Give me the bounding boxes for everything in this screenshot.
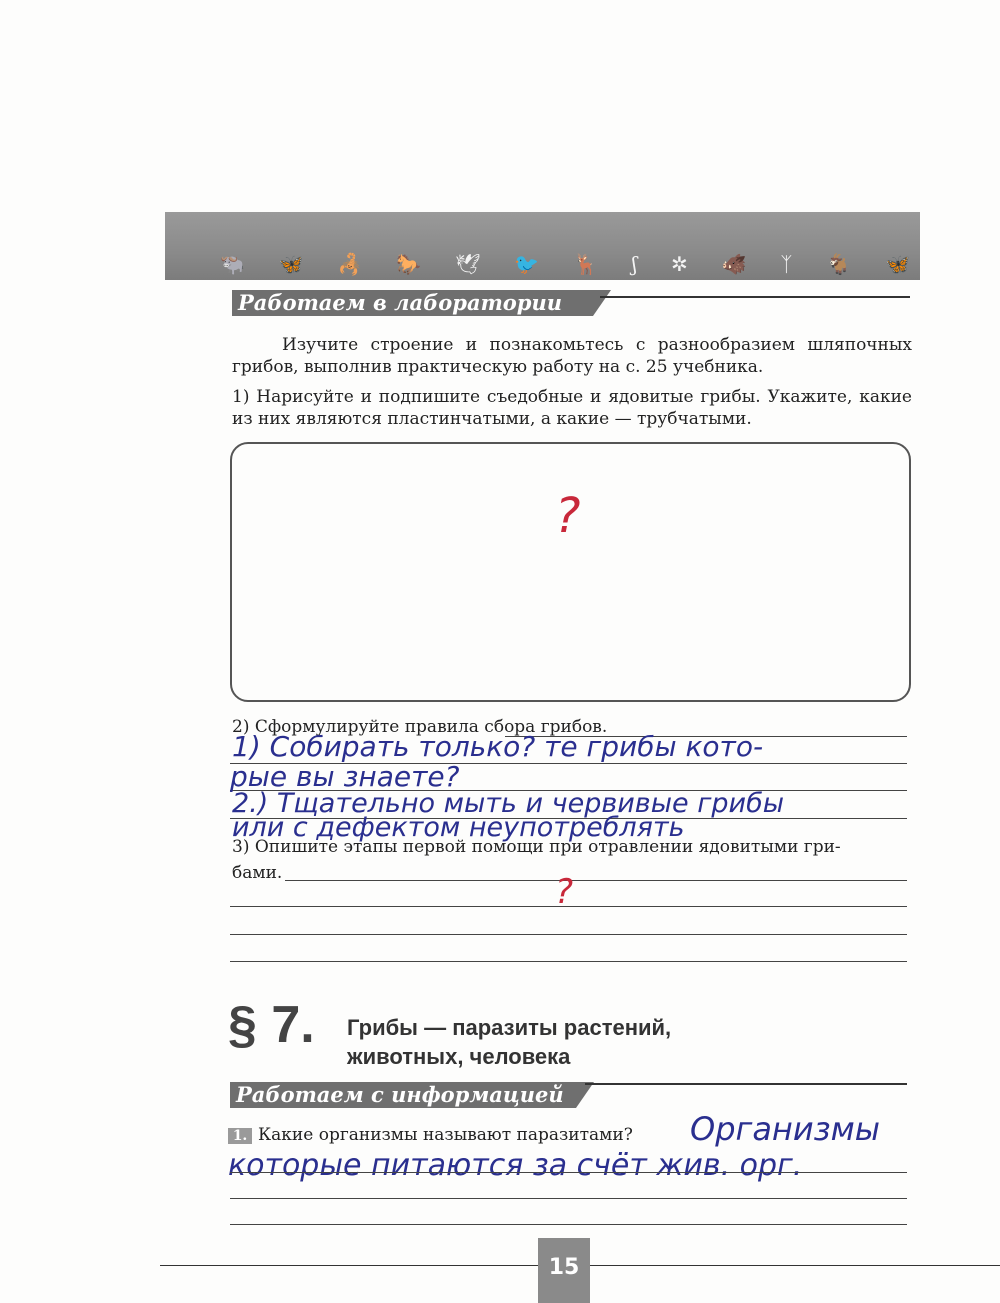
handwritten-answer: 1) Собирать только? те грибы кото-: [232, 730, 763, 763]
footer-rule: [590, 1265, 1000, 1266]
butterfly-icon: 🦋: [279, 252, 304, 276]
teacher-mark: ?: [555, 872, 573, 912]
teacher-mark: ?: [555, 488, 580, 544]
scorpion-icon: 🦂: [338, 252, 363, 276]
answer-line: [230, 1224, 907, 1225]
bird-icon: 🐦: [514, 252, 539, 276]
insect-icon: ✲: [671, 252, 688, 276]
answer-line: [230, 1198, 907, 1199]
bison-icon: 🐃: [220, 252, 245, 276]
butterfly-icon: 🦋: [885, 252, 910, 276]
info-section-title: Работаем с информацией: [230, 1082, 576, 1108]
swallow-icon: 🕊: [455, 252, 480, 276]
answer-line: [230, 961, 907, 962]
question-number: 1.: [228, 1128, 252, 1144]
page-number: 15: [538, 1238, 590, 1303]
lab-section-title: Работаем в лаборатории: [232, 290, 593, 316]
paragraph-title: Грибы — паразиты растений, животных, чел…: [347, 1013, 671, 1071]
antelope-icon: 🐐: [826, 252, 851, 276]
divider: [600, 296, 910, 298]
lab-intro: Изучите строение и познакомьтесь с разно…: [232, 334, 912, 378]
paragraph-title-line: Грибы — паразиты растений,: [347, 1013, 671, 1042]
question-text: Какие организмы называют паразитами?: [258, 1124, 633, 1146]
heron-icon: ᛉ: [780, 252, 792, 276]
seahorse-icon: ʃ: [632, 252, 637, 276]
task1-text: 1) Нарисуйте и подпишите съедобные и ядо…: [232, 386, 912, 430]
answer-line: [285, 880, 907, 881]
task3-text: 3) Опишите этапы первой помощи при отрав…: [232, 836, 841, 858]
divider: [585, 1083, 907, 1085]
answer-line: [230, 934, 907, 935]
answer-line: [230, 1172, 907, 1173]
handwritten-answer: которые питаются за счёт жив. орг.: [228, 1148, 802, 1183]
paragraph-title-line: животных, человека: [347, 1042, 671, 1071]
handwritten-answer: Организмы: [690, 1110, 880, 1148]
boar-icon: 🐗: [722, 252, 747, 276]
horse-icon: 🐎: [396, 252, 421, 276]
task3-text: бами.: [232, 862, 282, 884]
animal-silhouettes: 🐃 🦋 🦂 🐎 🕊 🐦 🦌 ʃ ✲ 🐗 ᛉ 🐐 🦋: [220, 252, 910, 276]
paragraph-number: § 7.: [228, 995, 315, 1055]
header-banner: 🐃 🦋 🦂 🐎 🕊 🐦 🦌 ʃ ✲ 🐗 ᛉ 🐐 🦋: [165, 212, 920, 280]
drawing-area[interactable]: [230, 442, 911, 702]
moose-icon: 🦌: [573, 252, 598, 276]
footer-rule: [160, 1265, 538, 1266]
